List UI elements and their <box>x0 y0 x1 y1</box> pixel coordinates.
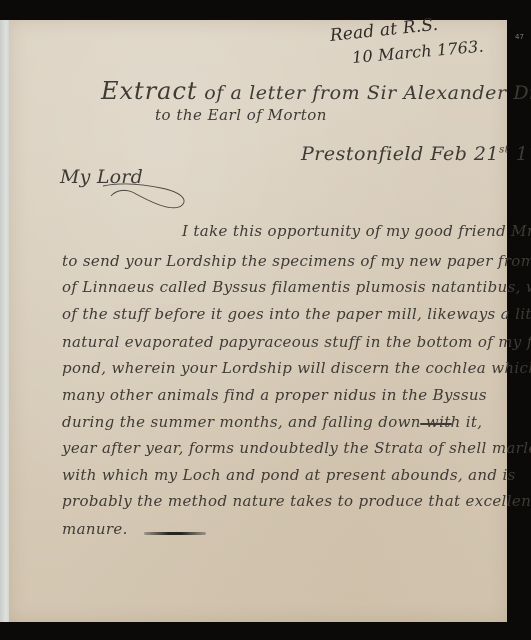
body-line-4: of the stuff before it goes into the pap… <box>62 305 531 323</box>
dateline-day-suffix: st <box>499 145 509 156</box>
manuscript-page: 47 Read at R.S. 10 March 1763. Extract o… <box>9 20 507 622</box>
heading-line-1: Extract of a letter from Sir Alexander D… <box>101 77 531 105</box>
body-line-1: I take this opportunity of my good frien… <box>182 222 531 240</box>
body-line-10: with which my Loch and pond at present a… <box>62 466 516 484</box>
dateline: Prestonfield Feb 21st 1763 <box>301 143 531 165</box>
folio-number: 47 <box>515 33 524 41</box>
salutation-flourish-icon <box>101 182 191 212</box>
body-line-2: to send your Lordship the specimens of m… <box>62 252 531 270</box>
body-line-5: natural evaporated papyraceous stuff in … <box>62 333 531 351</box>
body-line-3: of Linnaeus called Byssus filamentis plu… <box>62 278 531 296</box>
body-line-12: manure. <box>62 520 128 538</box>
dateline-place: Prestonfield <box>301 143 424 165</box>
body-line-7: many other animals find a proper nidus i… <box>62 386 487 404</box>
body-line-9: year after year, forms undoubtedly the S… <box>62 439 531 457</box>
heading-line-2: to the Earl of Morton <box>155 106 327 124</box>
document-viewer: 47 Read at R.S. 10 March 1763. Extract o… <box>0 0 531 640</box>
dateline-month-day: Feb 21 <box>430 143 499 165</box>
dateline-year: 1763 <box>516 143 531 165</box>
closing-flourish-dash <box>144 532 206 535</box>
body-line-6: pond, wherein your Lordship will discern… <box>62 359 531 377</box>
line-filler-dash <box>420 423 452 425</box>
heading-extract-word: Extract <box>101 77 198 105</box>
body-line-11: probably the method nature takes to prod… <box>62 492 531 510</box>
heading-line-1-rest: of a letter from Sir Alexander Dick Baro… <box>204 82 531 104</box>
body-line-8: during the summer months, and falling do… <box>62 413 482 431</box>
